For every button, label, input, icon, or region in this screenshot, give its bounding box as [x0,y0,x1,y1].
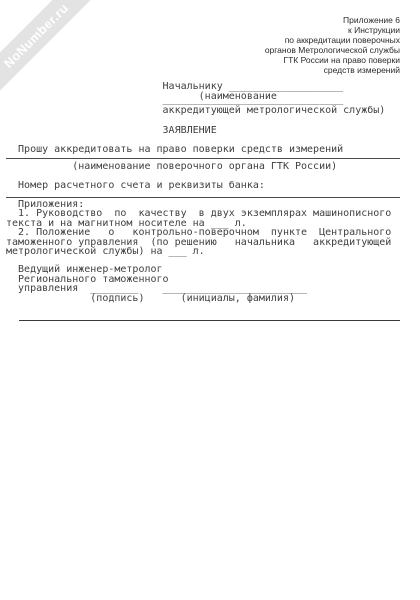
addressee-blank-line: ______________________________ [6,95,343,105]
bank-details-rule [6,197,400,198]
request-paragraph: Прошу аккредитовать на право поверки сре… [6,145,343,155]
addressee-caption-line-2: аккредитующей метрологической службы) [6,106,385,116]
appendix-header: Приложение 6 к Инструкции по аккредитаци… [265,15,400,75]
org-name-rule [6,158,400,159]
org-name-caption: (наименование поверочного органа ГТК Рос… [6,162,337,172]
bank-details-line: Номер расчетного счета и реквизиты банка… [6,181,265,191]
header-line: органов Метрологической службы [265,45,400,55]
bottom-separator-rule [19,320,400,321]
header-line: к Инструкции [265,25,400,35]
header-line: Приложение 6 [265,15,400,25]
header-line: ГТК России на право поверки [265,55,400,65]
document-page: NoNumber.ru Приложение 6 к Инструкции по… [0,0,420,600]
form-title: ЗАЯВЛЕНИЕ [6,126,217,136]
header-line: по аккредитации поверочных [265,35,400,45]
watermark-text: NoNumber.ru [1,1,71,71]
attachment-2-line-3: метрологической службы) на ___ л. [6,247,205,257]
signature-captions: (подпись) (инициалы, фамилия) [6,294,295,304]
header-line: средств измерений [265,65,400,75]
